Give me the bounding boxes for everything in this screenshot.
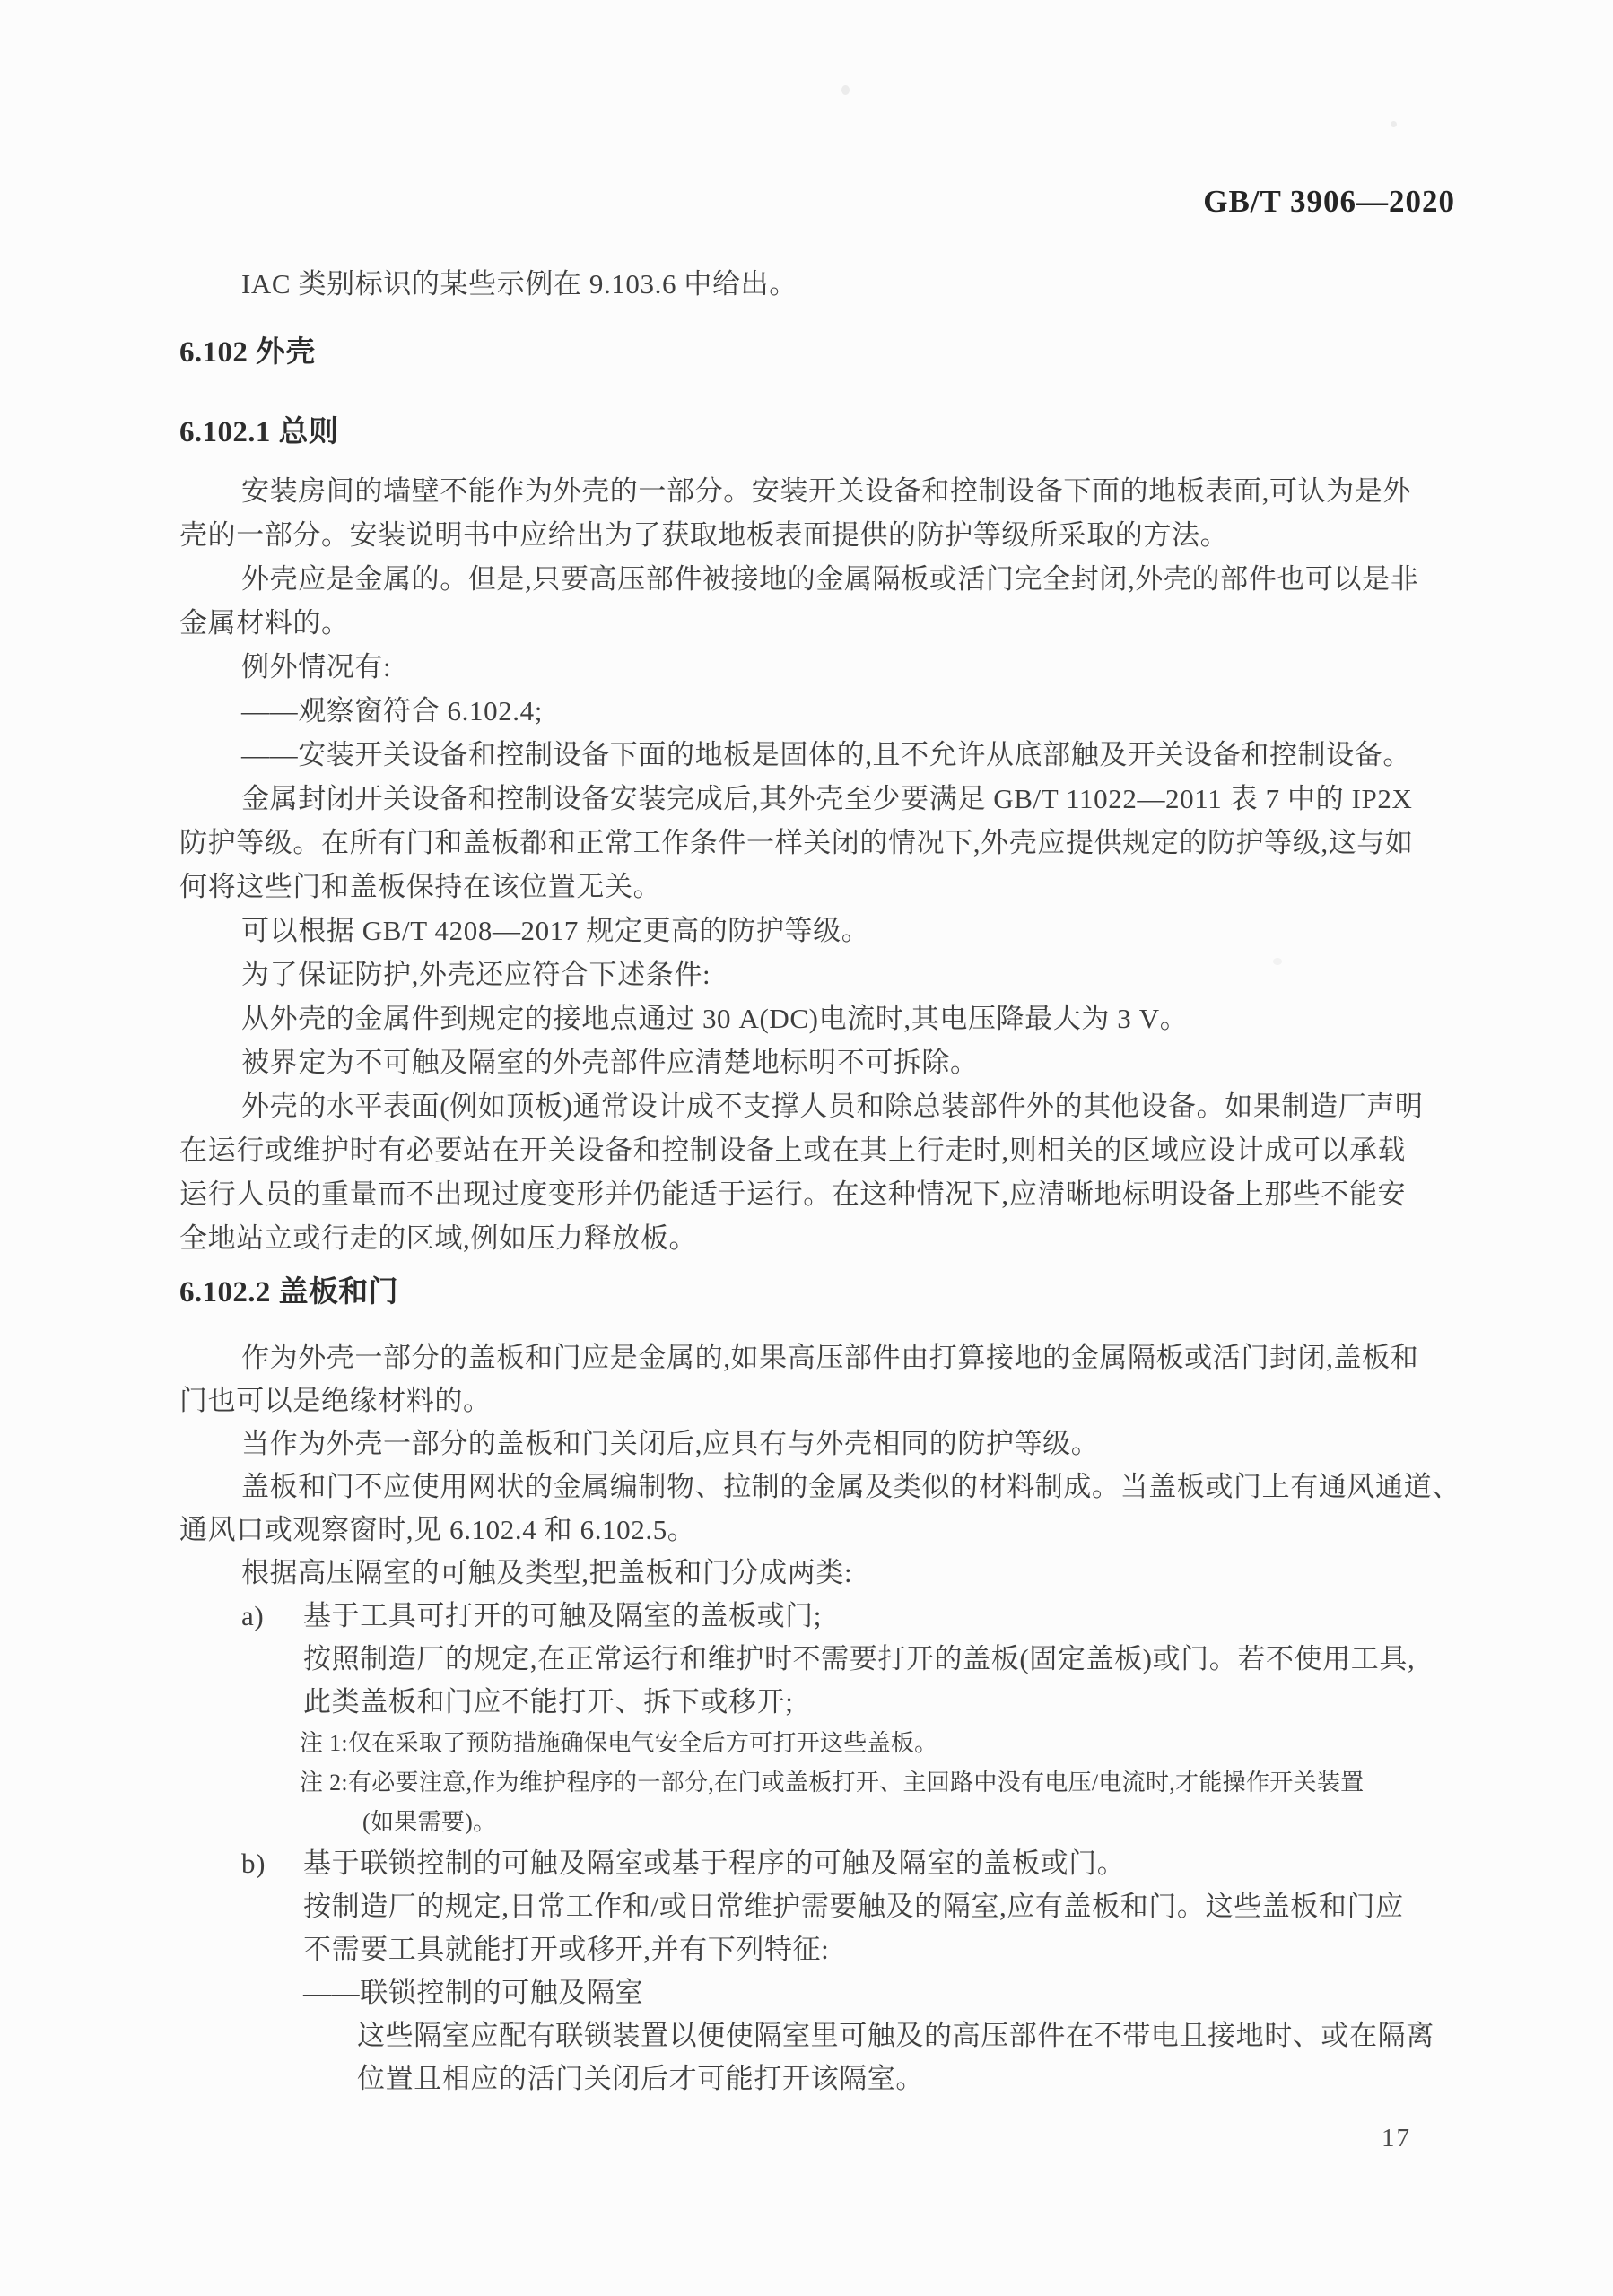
note-1: 注 1:仅在采取了预防措施确保电气安全后方可打开这些盖板。	[179, 1724, 1462, 1763]
body-line: 作为外壳一部分的盖板和门应是金属的,如果高压部件由打算接地的金属隔板或活门封闭,…	[179, 1336, 1462, 1379]
list-item-text: 基于联锁控制的可触及隔室或基于程序的可触及隔室的盖板或门。	[303, 1848, 1125, 1879]
list-label-b: b)	[241, 1842, 303, 1885]
body-line: 根据高压隔室的可触及类型,把盖板和门分成两类:	[179, 1552, 1462, 1595]
scanned-document-page: GB/T 3906—2020 IAC 类别标识的某些示例在 9.103.6 中给…	[0, 0, 1613, 2296]
body-line: 在运行或维护时有必要站在开关设备和控制设备上或在其上行走时,则相关的区域应设计成…	[179, 1128, 1462, 1172]
section-heading-6-102-2: 6.102.2 盖板和门	[179, 1271, 1462, 1315]
body-line: 外壳应是金属的。但是,只要高压部件被接地的金属隔板或活门完全封闭,外壳的部件也可…	[179, 557, 1462, 601]
dash-item-description: 这些隔室应配有联锁装置以便使隔室里可触及的高压部件在不带电且接地时、或在隔离	[179, 2014, 1462, 2057]
list-item-line: 按照制造厂的规定,在正常运行和维护时不需要打开的盖板(固定盖板)或门。若不使用工…	[179, 1638, 1462, 1681]
list-label-a: a)	[241, 1595, 303, 1638]
scan-speck	[841, 85, 850, 95]
body-line: 通风口或观察窗时,见 6.102.4 和 6.102.5。	[179, 1509, 1462, 1552]
list-item-a: a)基于工具可打开的可触及隔室的盖板或门;	[179, 1595, 1462, 1638]
list-item-line: 此类盖板和门应不能打开、拆下或移开;	[179, 1681, 1462, 1724]
body-line: 为了保证防护,外壳还应符合下述条件:	[179, 952, 1462, 996]
document-body: IAC 类别标识的某些示例在 9.103.6 中给出。 6.102 外壳 6.1…	[179, 262, 1462, 2100]
list-item-line: 按制造厂的规定,日常工作和/或日常维护需要触及的隔室,应有盖板和门。这些盖板和门…	[179, 1885, 1462, 1928]
standard-number-header: GB/T 3906—2020	[0, 184, 1455, 220]
note-2-continuation: (如果需要)。	[179, 1803, 1462, 1842]
body-line: 运行人员的重量而不出现过度变形并仍能适于运行。在这种情况下,应清晰地标明设备上那…	[179, 1172, 1462, 1216]
body-line: 壳的一部分。安装说明书中应给出为了获取地板表面提供的防护等级所采取的方法。	[179, 513, 1462, 557]
dash-list-item: ——联锁控制的可触及隔室	[179, 1971, 1462, 2014]
dash-list-item: ——安装开关设备和控制设备下面的地板是固体的,且不允许从底部触及开关设备和控制设…	[179, 733, 1462, 777]
list-item-text: 基于工具可打开的可触及隔室的盖板或门;	[303, 1600, 822, 1631]
page-number: 17	[1382, 2124, 1411, 2153]
note-1-label: 注 1:	[300, 1730, 348, 1756]
section-heading-6-102-1: 6.102.1 总则	[179, 411, 1462, 455]
intro-line: IAC 类别标识的某些示例在 9.103.6 中给出。	[179, 262, 1462, 306]
scan-speck	[1391, 121, 1397, 127]
body-line: 门也可以是绝缘材料的。	[179, 1379, 1462, 1422]
body-line: 安装房间的墙壁不能作为外壳的一部分。安装开关设备和控制设备下面的地板表面,可认为…	[179, 469, 1462, 513]
note-2: 注 2:有必要注意,作为维护程序的一部分,在门或盖板打开、主回路中没有电压/电流…	[179, 1763, 1462, 1803]
body-line: 金属材料的。	[179, 601, 1462, 645]
note-1-text: 仅在采取了预防措施确保电气安全后方可打开这些盖板。	[348, 1730, 938, 1756]
body-line: 金属封闭开关设备和控制设备安装完成后,其外壳至少要满足 GB/T 11022—2…	[179, 777, 1462, 821]
list-item-line: 不需要工具就能打开或移开,并有下列特征:	[179, 1928, 1462, 1971]
section-heading-6-102: 6.102 外壳	[179, 331, 1462, 375]
dash-item-description: 位置且相应的活门关闭后才可能打开该隔室。	[179, 2057, 1462, 2100]
body-line: 盖板和门不应使用网状的金属编制物、拉制的金属及类似的材料制成。当盖板或门上有通风…	[179, 1465, 1462, 1509]
note-2-text: 有必要注意,作为维护程序的一部分,在门或盖板打开、主回路中没有电压/电流时,才能…	[348, 1770, 1365, 1796]
body-line: 从外壳的金属件到规定的接地点通过 30 A(DC)电流时,其电压降最大为 3 V…	[179, 996, 1462, 1040]
body-line: 全地站立或行走的区域,例如压力释放板。	[179, 1216, 1462, 1260]
body-line: 外壳的水平表面(例如顶板)通常设计成不支撑人员和除总装部件外的其他设备。如果制造…	[179, 1084, 1462, 1128]
list-item-b: b)基于联锁控制的可触及隔室或基于程序的可触及隔室的盖板或门。	[179, 1842, 1462, 1885]
note-2-label: 注 2:	[300, 1770, 348, 1796]
dash-list-item: ——观察窗符合 6.102.4;	[179, 689, 1462, 733]
body-line: 例外情况有:	[179, 645, 1462, 689]
body-line: 当作为外壳一部分的盖板和门关闭后,应具有与外壳相同的防护等级。	[179, 1422, 1462, 1465]
body-line: 被界定为不可触及隔室的外壳部件应清楚地标明不可拆除。	[179, 1040, 1462, 1084]
body-line: 防护等级。在所有门和盖板都和正常工作条件一样关闭的情况下,外壳应提供规定的防护等…	[179, 821, 1462, 865]
body-line: 可以根据 GB/T 4208—2017 规定更高的防护等级。	[179, 909, 1462, 952]
body-line: 何将这些门和盖板保持在该位置无关。	[179, 865, 1462, 909]
